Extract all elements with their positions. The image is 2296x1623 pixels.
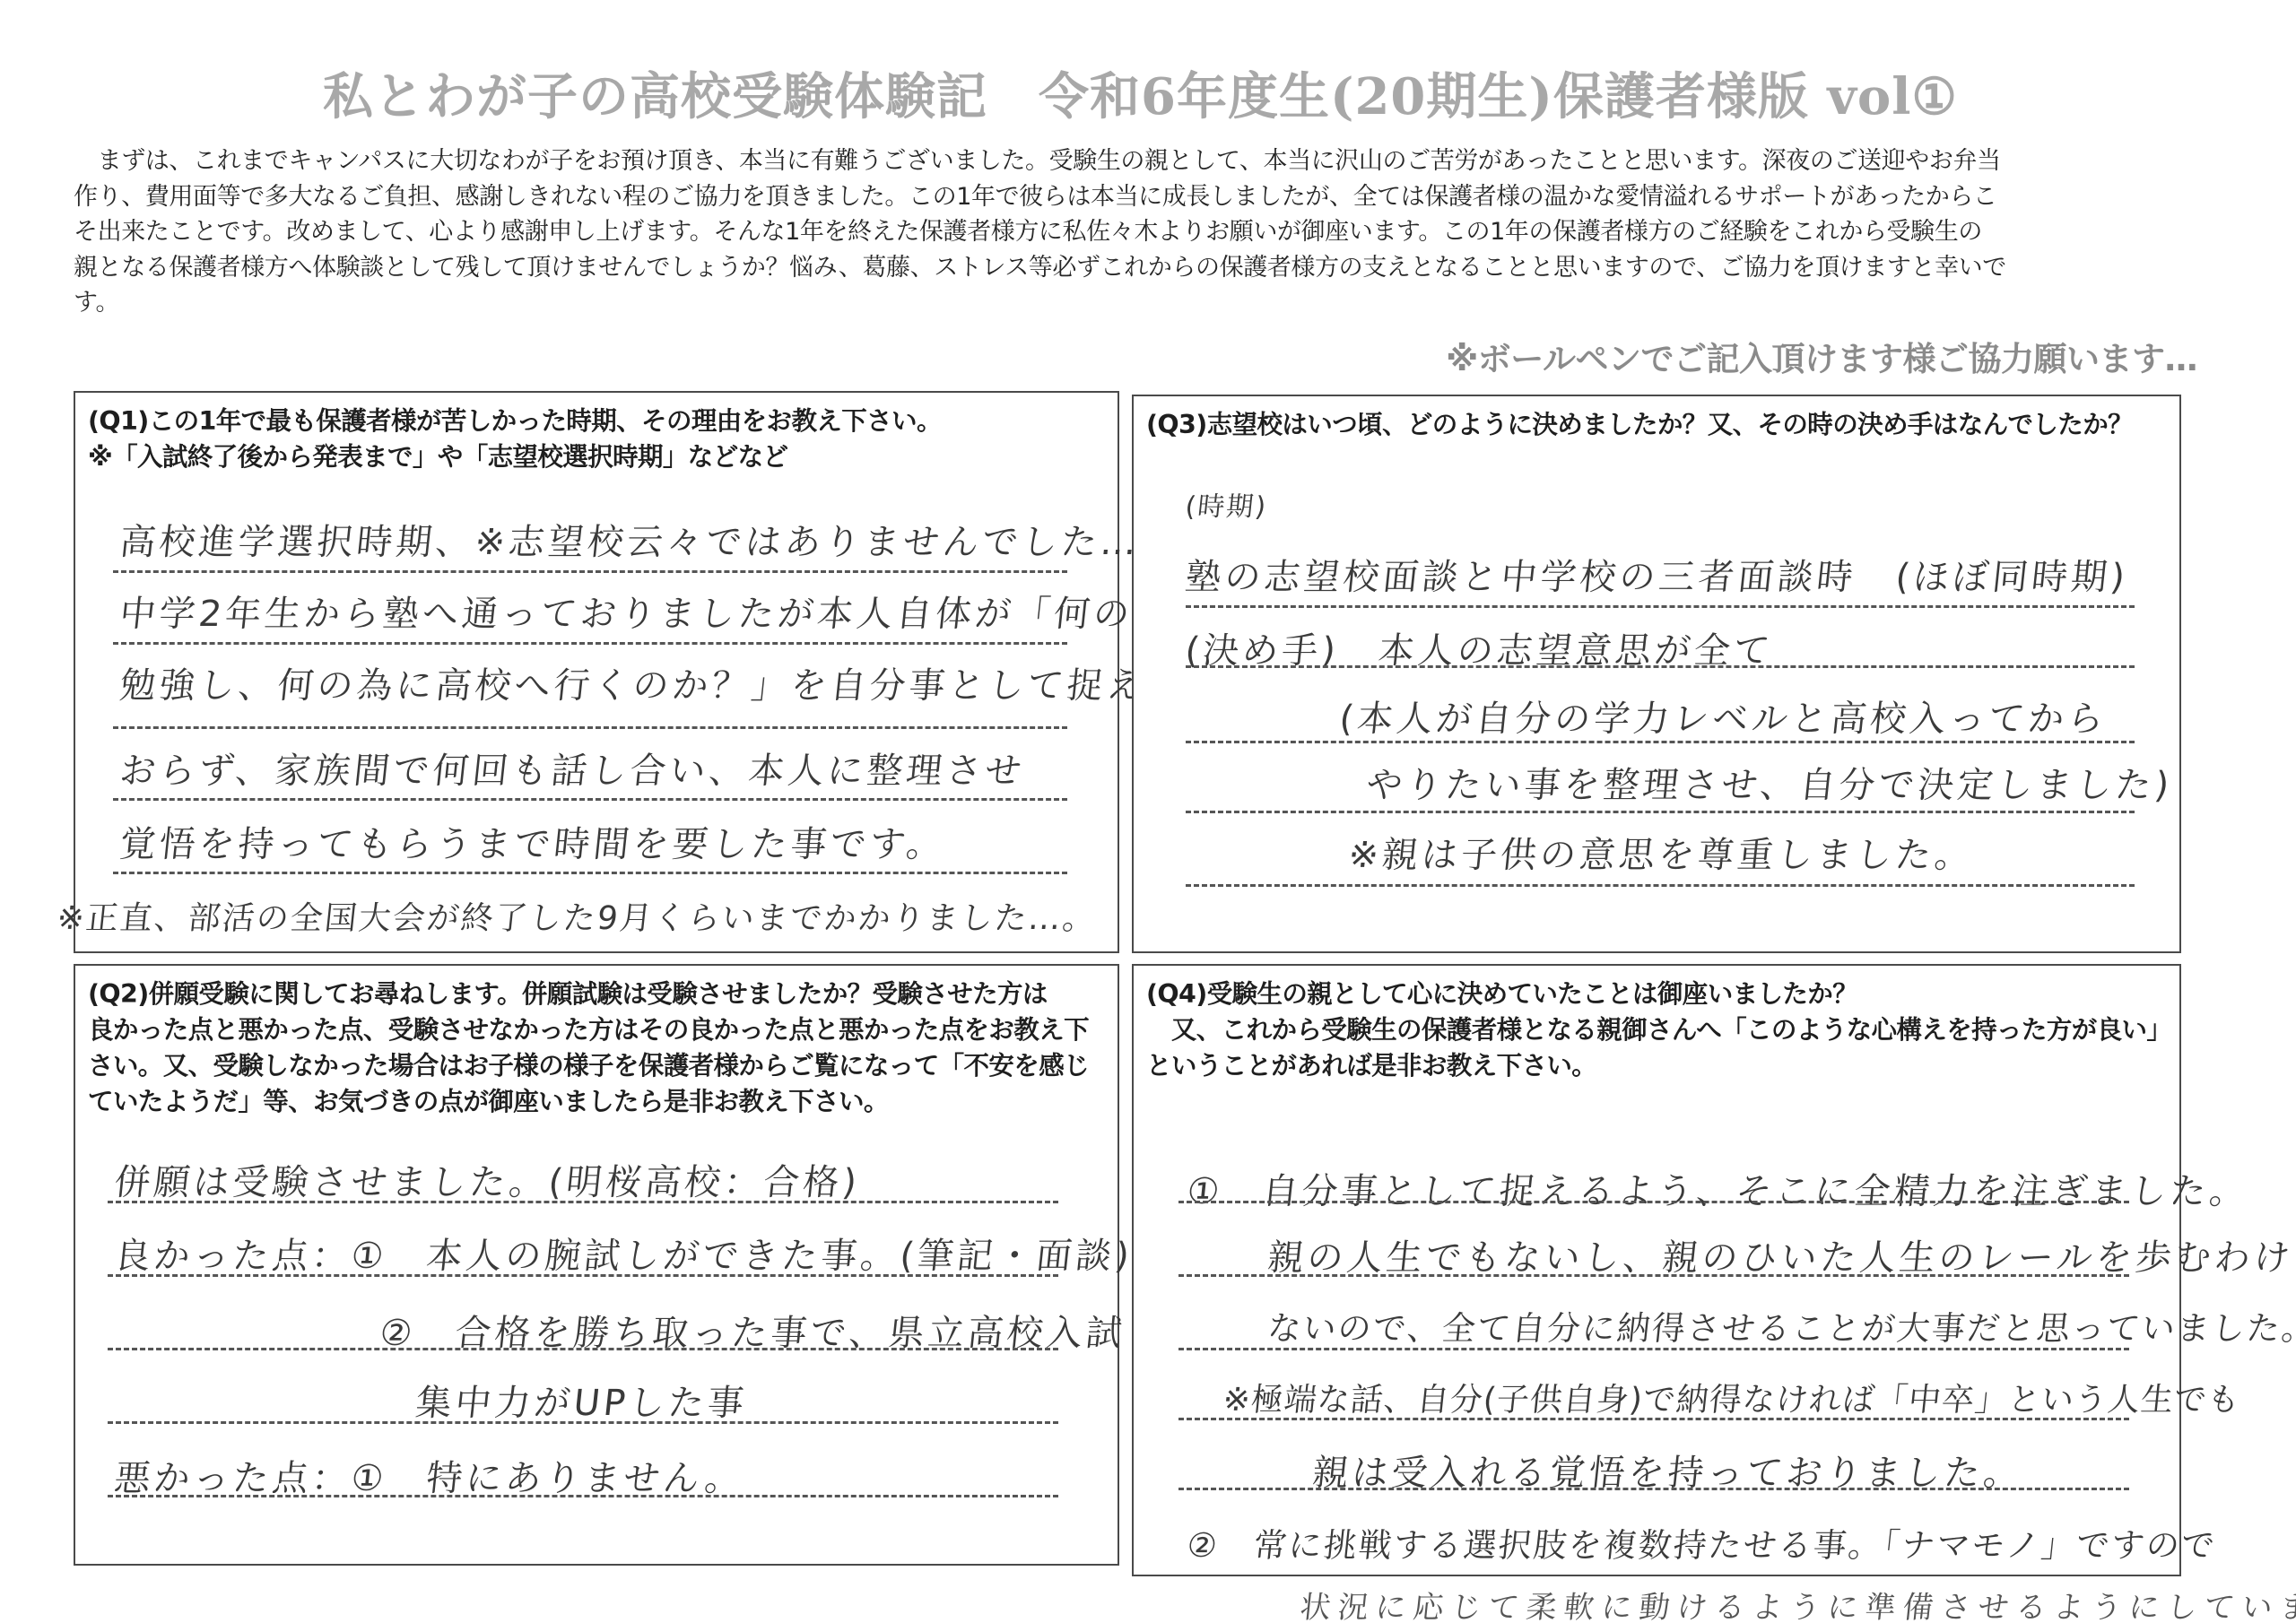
intro-paragraph: まずは、これまでキャンパスに大切なわが子をお預け頂き、本当に有難うございました。… — [74, 143, 2208, 321]
answer-line: ① 自分事として捉えるよう、そこに全精力を注ぎました。 — [1185, 1163, 2182, 1214]
answer-line: ないので、全て自分に納得させることが大事だと思っていました。 — [1265, 1301, 2182, 1350]
question-line: ※「入試終了後から発表まで」や「志望校選択時期」などなど — [88, 439, 1109, 475]
guide-line — [1178, 1201, 2129, 1203]
question-line: ということがあれば是非お教え下さい。 — [1146, 1048, 2170, 1084]
question-line: (Q1)この1年で最も保護者様が苦しかった時期、その理由をお教え下さい。 — [88, 404, 1109, 439]
guide-line — [1186, 811, 2135, 813]
question-text-q3: (Q3)志望校はいつ頃、どのように決めましたか？又、その時の決め手はなんでしたか… — [1146, 407, 2170, 443]
guide-line — [1178, 1418, 2129, 1420]
question-line: (Q4)受験生の親として心に決めていたことは御座いましたか？ — [1146, 976, 2170, 1012]
guide-line — [113, 642, 1067, 645]
answer-line: 悪かった点：① 特にありません。 — [112, 1450, 1120, 1501]
answer-line: 集中力がUPした事 — [413, 1375, 1120, 1426]
question-line: (Q3)志望校はいつ頃、どのように決めましたか？又、その時の決め手はなんでしたか… — [1146, 407, 2170, 443]
guide-line — [1178, 1274, 2129, 1277]
question-box-q4: (Q4)受験生の親として心に決めていたことは御座いましたか？ 又、これから受験生… — [1132, 964, 2181, 1576]
guide-line — [1178, 1348, 2129, 1350]
answer-line: 覚悟を持ってもらうまで時間を要した事です。 — [117, 816, 1120, 867]
guide-line — [108, 1274, 1058, 1277]
intro-line: 作り、費用面等で多大なるご負担、感謝しきれない程のご協力を頂きました。この1年で… — [74, 179, 2208, 215]
answer-line: ※親は子供の意思を尊重しました。 — [1346, 827, 2182, 878]
question-line: ていたようだ」等、お気づきの点が御座いましたら是非お教え下さい。 — [88, 1084, 1109, 1120]
guide-line — [113, 798, 1067, 801]
ballpoint-pen-note: ※ボールペンでご記入頂けます様ご協力願います… — [1336, 332, 2197, 380]
question-line: 良かった点と悪かった点、受験させなかった方はその良かった点と悪かった点をお教え下 — [88, 1012, 1109, 1048]
guide-line — [108, 1421, 1058, 1424]
guide-line — [113, 570, 1067, 573]
answer-line: 塾の志望校面談と中学校の三者面談時 (ほぼ同時期) — [1183, 549, 2182, 600]
page-title: 私とわが子の高校受験体験記 令和6年度生(20期生)保護者様版 vol① — [323, 61, 1955, 133]
answer-overflow-line: 状況に応じて柔軟に動けるように準備させるようにしていました — [1298, 1583, 2217, 1623]
answer-line: ※極端な話、自分(子供自身)で納得なければ「中卒」という人生でも — [1221, 1375, 2181, 1420]
guide-line — [113, 726, 1067, 729]
guide-line — [1186, 665, 2135, 668]
question-box-q3: (Q3)志望校はいつ頃、どのように決めましたか？又、その時の決め手はなんでしたか… — [1132, 395, 2181, 953]
question-text-q1: (Q1)この1年で最も保護者様が苦しかった時期、その理由をお教え下さい。 ※「入… — [88, 404, 1109, 475]
answer-line: 親の人生でもないし、親のひいた人生のレールを歩むわけでも — [1265, 1229, 2182, 1280]
intro-line: そ出来たことです。改めまして、心より感謝申し上げます。そんな1年を終えた保護者様… — [74, 214, 2208, 250]
answer-line: ※正直、部活の全国大会が終了した9月くらいまでかかりました…。 — [55, 893, 1119, 939]
guide-line — [1178, 1488, 2129, 1490]
guide-line — [108, 1348, 1058, 1350]
question-box-q2: (Q2)併願受験に関してお尋ねします。併願試験は受験させましたか？受験させた方は… — [74, 964, 1119, 1566]
guide-line — [113, 872, 1067, 874]
intro-line: 親となる保護者様方へ体験談として残して頂けませんでしょうか？悩み、葛藤、ストレス… — [74, 250, 2208, 286]
answer-line: 勉強し、何の為に高校へ行くのか？」を自分事として捉えて — [117, 657, 1120, 708]
guide-line — [1186, 741, 2135, 743]
question-box-q1: (Q1)この1年で最も保護者様が苦しかった時期、その理由をお教え下さい。 ※「入… — [74, 391, 1119, 953]
answer-line: おらず、家族間で何回も話し合い、本人に整理させ — [117, 742, 1120, 794]
question-line: さい。又、受験しなかった場合はお子様の様子を保護者様からご覧になって「不安を感じ — [88, 1048, 1109, 1084]
answer-line: 高校進学選択時期、※志望校云々ではありませんでした…、 — [117, 514, 1120, 565]
guide-line — [108, 1495, 1058, 1497]
answer-line: (時期) — [1184, 484, 2182, 524]
intro-line: まずは、これまでキャンパスに大切なわが子をお預け頂き、本当に有難うございました。… — [74, 143, 2208, 179]
intro-line: す。 — [74, 285, 2208, 321]
guide-line — [108, 1201, 1058, 1203]
question-text-q2: (Q2)併願受験に関してお尋ねします。併願試験は受験させましたか？受験させた方は… — [88, 976, 1109, 1120]
answer-line: (本人が自分の学力レベルと高校入ってから — [1337, 690, 2182, 742]
answer-line: ② 常に挑戦する選択肢を複数持たせる事。「ナマモノ」ですので — [1185, 1518, 2182, 1567]
question-line: 又、これから受験生の保護者様となる親御さんへ「このような心構えを持った方が良い」 — [1146, 1012, 2170, 1048]
question-line: (Q2)併願受験に関してお尋ねします。併願試験は受験させましたか？受験させた方は — [88, 976, 1109, 1012]
question-text-q4: (Q4)受験生の親として心に決めていたことは御座いましたか？ 又、これから受験生… — [1146, 976, 2170, 1084]
answer-line: 併願は受験させました。(明桜高校：合格) — [112, 1154, 1120, 1205]
guide-line — [1186, 605, 2135, 608]
answer-line: やりたい事を整理させ、自分で決定しました) — [1364, 757, 2182, 808]
guide-line — [1186, 884, 2135, 887]
answer-line: 良かった点：① 本人の腕試しができた事。(筆記・面談) — [112, 1228, 1120, 1279]
answer-line: 中学2年生から塾へ通っておりましたが本人自体が「何の為に — [117, 586, 1120, 637]
